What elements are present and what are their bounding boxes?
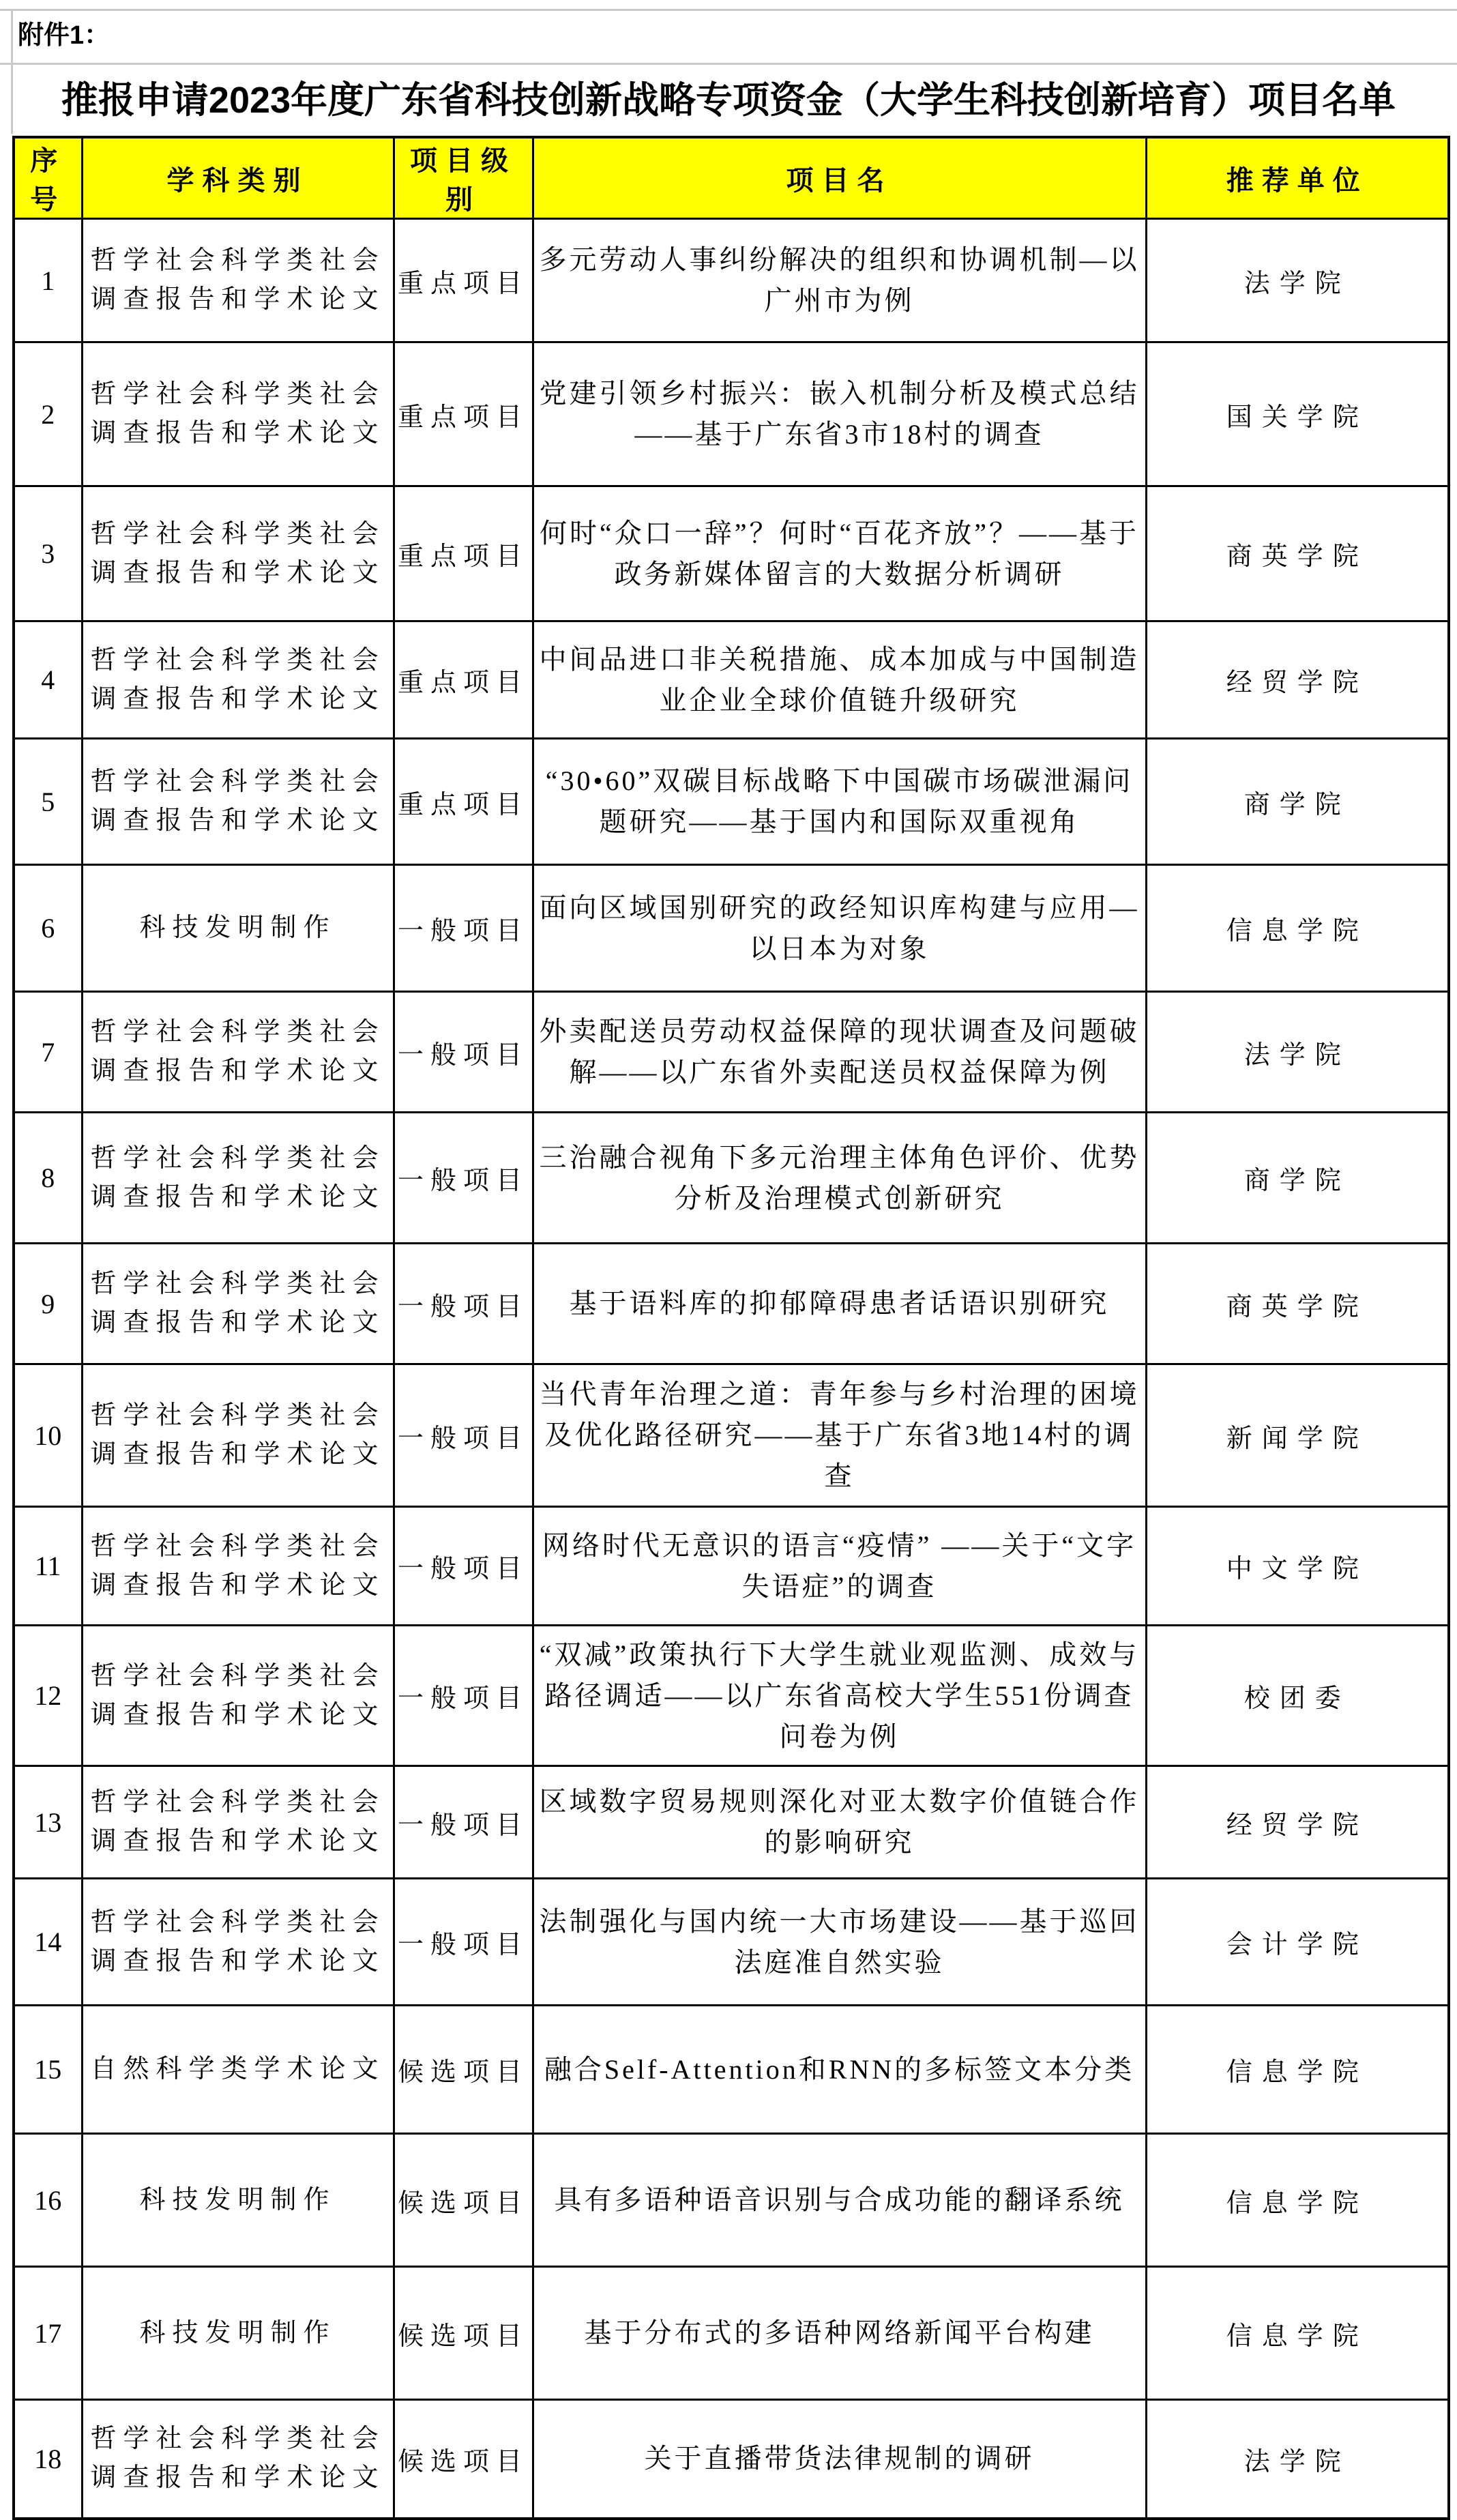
cell-category: 哲学社会科学类社会调查报告和学术论文 xyxy=(82,1364,394,1507)
cell-category: 科技发明制作 xyxy=(82,2134,394,2267)
cell-unit: 信息学院 xyxy=(1146,2006,1449,2134)
cell-level: 重点项目 xyxy=(394,219,533,342)
cell-unit: 校团委 xyxy=(1146,1626,1449,1766)
cell-project-name: 具有多语种语音识别与合成功能的翻译系统 xyxy=(533,2134,1146,2267)
cell-project-name: 当代青年治理之道：青年参与乡村治理的困境及优化路径研究——基于广东省3地14村的… xyxy=(533,1364,1146,1507)
projects-table: 序号 学科类别 项目级别 项目名 推荐单位 1 哲学社会科学类社会调查报告和学术… xyxy=(12,136,1450,2520)
table-row: 3 哲学社会科学类社会调查报告和学术论文 重点项目 何时“众口一辞”？何时“百花… xyxy=(14,486,1449,621)
cell-level: 一般项目 xyxy=(394,1879,533,2006)
cell-category: 哲学社会科学类社会调查报告和学术论文 xyxy=(82,2400,394,2519)
cell-unit: 法学院 xyxy=(1146,219,1449,342)
cell-seq: 1 xyxy=(14,219,82,342)
cell-category: 哲学社会科学类社会调查报告和学术论文 xyxy=(82,486,394,621)
cell-level: 候选项目 xyxy=(394,2006,533,2134)
cell-project-name: 关于直播带货法律规制的调研 xyxy=(533,2400,1146,2519)
page-title: 推报申请2023年度广东省科技创新战略专项资金（大学生科技创新培育）项目名单 xyxy=(0,65,1457,136)
cell-seq: 16 xyxy=(14,2134,82,2267)
cell-unit: 商学院 xyxy=(1146,739,1449,865)
cell-project-name: “30•60”双碳目标战略下中国碳市场碳泄漏问题研究——基于国内和国际双重视角 xyxy=(533,739,1146,865)
cell-seq: 14 xyxy=(14,1879,82,2006)
cell-level: 候选项目 xyxy=(394,2134,533,2267)
cell-category: 哲学社会科学类社会调查报告和学术论文 xyxy=(82,1507,394,1626)
cell-unit: 中文学院 xyxy=(1146,1507,1449,1626)
cell-seq: 4 xyxy=(14,621,82,739)
cell-seq: 10 xyxy=(14,1364,82,1507)
cell-project-name: 基于语料库的抑郁障碍患者话语识别研究 xyxy=(533,1244,1146,1364)
table-row: 4 哲学社会科学类社会调查报告和学术论文 重点项目 中间品进口非关税措施、成本加… xyxy=(14,621,1449,739)
cell-level: 候选项目 xyxy=(394,2267,533,2400)
cell-seq: 7 xyxy=(14,992,82,1113)
cell-project-name: 三治融合视角下多元治理主体角色评价、优势分析及治理模式创新研究 xyxy=(533,1113,1146,1244)
table-row: 6 科技发明制作 一般项目 面向区域国别研究的政经知识库构建与应用—以日本为对象… xyxy=(14,865,1449,992)
table-header-row: 序号 学科类别 项目级别 项目名 推荐单位 xyxy=(14,137,1449,219)
cell-level: 重点项目 xyxy=(394,342,533,486)
cell-seq: 15 xyxy=(14,2006,82,2134)
table-row: 16 科技发明制作 候选项目 具有多语种语音识别与合成功能的翻译系统 信息学院 xyxy=(14,2134,1449,2267)
table-row: 9 哲学社会科学类社会调查报告和学术论文 一般项目 基于语料库的抑郁障碍患者话语… xyxy=(14,1244,1449,1364)
cell-seq: 18 xyxy=(14,2400,82,2519)
cell-category: 哲学社会科学类社会调查报告和学术论文 xyxy=(82,1113,394,1244)
cell-level: 重点项目 xyxy=(394,621,533,739)
cell-seq: 3 xyxy=(14,486,82,621)
cell-unit: 经贸学院 xyxy=(1146,621,1449,739)
cell-unit: 商学院 xyxy=(1146,1113,1449,1244)
cell-level: 重点项目 xyxy=(394,739,533,865)
header-category: 学科类别 xyxy=(82,137,394,219)
cell-category: 科技发明制作 xyxy=(82,865,394,992)
cell-seq: 8 xyxy=(14,1113,82,1244)
cell-category: 自然科学类学术论文 xyxy=(82,2006,394,2134)
cell-unit: 信息学院 xyxy=(1146,865,1449,992)
cell-unit: 商英学院 xyxy=(1146,486,1449,621)
table-row: 15 自然科学类学术论文 候选项目 融合Self-Attention和RNN的多… xyxy=(14,2006,1449,2134)
cell-level: 一般项目 xyxy=(394,865,533,992)
cell-project-name: 面向区域国别研究的政经知识库构建与应用—以日本为对象 xyxy=(533,865,1146,992)
cell-seq: 17 xyxy=(14,2267,82,2400)
cell-seq: 12 xyxy=(14,1626,82,1766)
cell-project-name: 网络时代无意识的语言“疫情” ——关于“文字失语症”的调查 xyxy=(533,1507,1146,1626)
table-row: 10 哲学社会科学类社会调查报告和学术论文 一般项目 当代青年治理之道：青年参与… xyxy=(14,1364,1449,1507)
header-level: 项目级别 xyxy=(394,137,533,219)
cell-project-name: 外卖配送员劳动权益保障的现状调查及问题破解——以广东省外卖配送员权益保障为例 xyxy=(533,992,1146,1113)
cell-seq: 13 xyxy=(14,1766,82,1879)
header-unit: 推荐单位 xyxy=(1146,137,1449,219)
table-row: 8 哲学社会科学类社会调查报告和学术论文 一般项目 三治融合视角下多元治理主体角… xyxy=(14,1113,1449,1244)
cell-level: 一般项目 xyxy=(394,1626,533,1766)
cell-unit: 经贸学院 xyxy=(1146,1766,1449,1879)
cell-project-name: “双减”政策执行下大学生就业观监测、成效与路径调适——以广东省高校大学生551份… xyxy=(533,1626,1146,1766)
cell-level: 一般项目 xyxy=(394,1507,533,1626)
cell-level: 一般项目 xyxy=(394,1766,533,1879)
cell-unit: 法学院 xyxy=(1146,2400,1449,2519)
cell-level: 候选项目 xyxy=(394,2400,533,2519)
cell-unit: 信息学院 xyxy=(1146,2267,1449,2400)
cell-project-name: 何时“众口一辞”？何时“百花齐放”？——基于政务新媒体留言的大数据分析调研 xyxy=(533,486,1146,621)
cell-category: 哲学社会科学类社会调查报告和学术论文 xyxy=(82,739,394,865)
cell-seq: 11 xyxy=(14,1507,82,1626)
table-row: 18 哲学社会科学类社会调查报告和学术论文 候选项目 关于直播带货法律规制的调研… xyxy=(14,2400,1449,2519)
attachment-label: 附件1： xyxy=(0,9,1457,63)
cell-category: 哲学社会科学类社会调查报告和学术论文 xyxy=(82,1766,394,1879)
table-row: 11 哲学社会科学类社会调查报告和学术论文 一般项目 网络时代无意识的语言“疫情… xyxy=(14,1507,1449,1626)
cell-seq: 9 xyxy=(14,1244,82,1364)
cell-seq: 5 xyxy=(14,739,82,865)
table-row: 12 哲学社会科学类社会调查报告和学术论文 一般项目 “双减”政策执行下大学生就… xyxy=(14,1626,1449,1766)
cell-category: 哲学社会科学类社会调查报告和学术论文 xyxy=(82,1244,394,1364)
table-row: 2 哲学社会科学类社会调查报告和学术论文 重点项目 党建引领乡村振兴：嵌入机制分… xyxy=(14,342,1449,486)
cell-project-name: 中间品进口非关税措施、成本加成与中国制造业企业全球价值链升级研究 xyxy=(533,621,1146,739)
cell-level: 一般项目 xyxy=(394,1113,533,1244)
cell-level: 一般项目 xyxy=(394,1244,533,1364)
cell-seq: 2 xyxy=(14,342,82,486)
cell-category: 哲学社会科学类社会调查报告和学术论文 xyxy=(82,1879,394,2006)
cell-level: 一般项目 xyxy=(394,992,533,1113)
cell-project-name: 融合Self-Attention和RNN的多标签文本分类 xyxy=(533,2006,1146,2134)
cell-category: 哲学社会科学类社会调查报告和学术论文 xyxy=(82,1626,394,1766)
cell-category: 哲学社会科学类社会调查报告和学术论文 xyxy=(82,342,394,486)
cell-project-name: 党建引领乡村振兴：嵌入机制分析及模式总结——基于广东省3市18村的调查 xyxy=(533,342,1146,486)
cell-category: 哲学社会科学类社会调查报告和学术论文 xyxy=(82,219,394,342)
cell-project-name: 法制强化与国内统一大市场建设——基于巡回法庭准自然实验 xyxy=(533,1879,1146,2006)
cell-project-name: 基于分布式的多语种网络新闻平台构建 xyxy=(533,2267,1146,2400)
table-row: 5 哲学社会科学类社会调查报告和学术论文 重点项目 “30•60”双碳目标战略下… xyxy=(14,739,1449,865)
header-project-name: 项目名 xyxy=(533,137,1146,219)
table-row: 14 哲学社会科学类社会调查报告和学术论文 一般项目 法制强化与国内统一大市场建… xyxy=(14,1879,1449,2006)
cell-project-name: 多元劳动人事纠纷解决的组织和协调机制—以广州市为例 xyxy=(533,219,1146,342)
cell-unit: 法学院 xyxy=(1146,992,1449,1113)
cell-level: 重点项目 xyxy=(394,486,533,621)
cell-unit: 新闻学院 xyxy=(1146,1364,1449,1507)
cell-unit: 商英学院 xyxy=(1146,1244,1449,1364)
cell-unit: 国关学院 xyxy=(1146,342,1449,486)
table-row: 1 哲学社会科学类社会调查报告和学术论文 重点项目 多元劳动人事纠纷解决的组织和… xyxy=(14,219,1449,342)
cell-category: 哲学社会科学类社会调查报告和学术论文 xyxy=(82,621,394,739)
cell-unit: 信息学院 xyxy=(1146,2134,1449,2267)
cell-category: 科技发明制作 xyxy=(82,2267,394,2400)
cell-seq: 6 xyxy=(14,865,82,992)
cell-unit: 会计学院 xyxy=(1146,1879,1449,2006)
table-row: 17 科技发明制作 候选项目 基于分布式的多语种网络新闻平台构建 信息学院 xyxy=(14,2267,1449,2400)
cell-level: 一般项目 xyxy=(394,1364,533,1507)
cell-project-name: 区域数字贸易规则深化对亚太数字价值链合作的影响研究 xyxy=(533,1766,1146,1879)
table-row: 7 哲学社会科学类社会调查报告和学术论文 一般项目 外卖配送员劳动权益保障的现状… xyxy=(14,992,1449,1113)
table-row: 13 哲学社会科学类社会调查报告和学术论文 一般项目 区域数字贸易规则深化对亚太… xyxy=(14,1766,1449,1879)
header-seq: 序号 xyxy=(14,137,82,219)
cell-category: 哲学社会科学类社会调查报告和学术论文 xyxy=(82,992,394,1113)
